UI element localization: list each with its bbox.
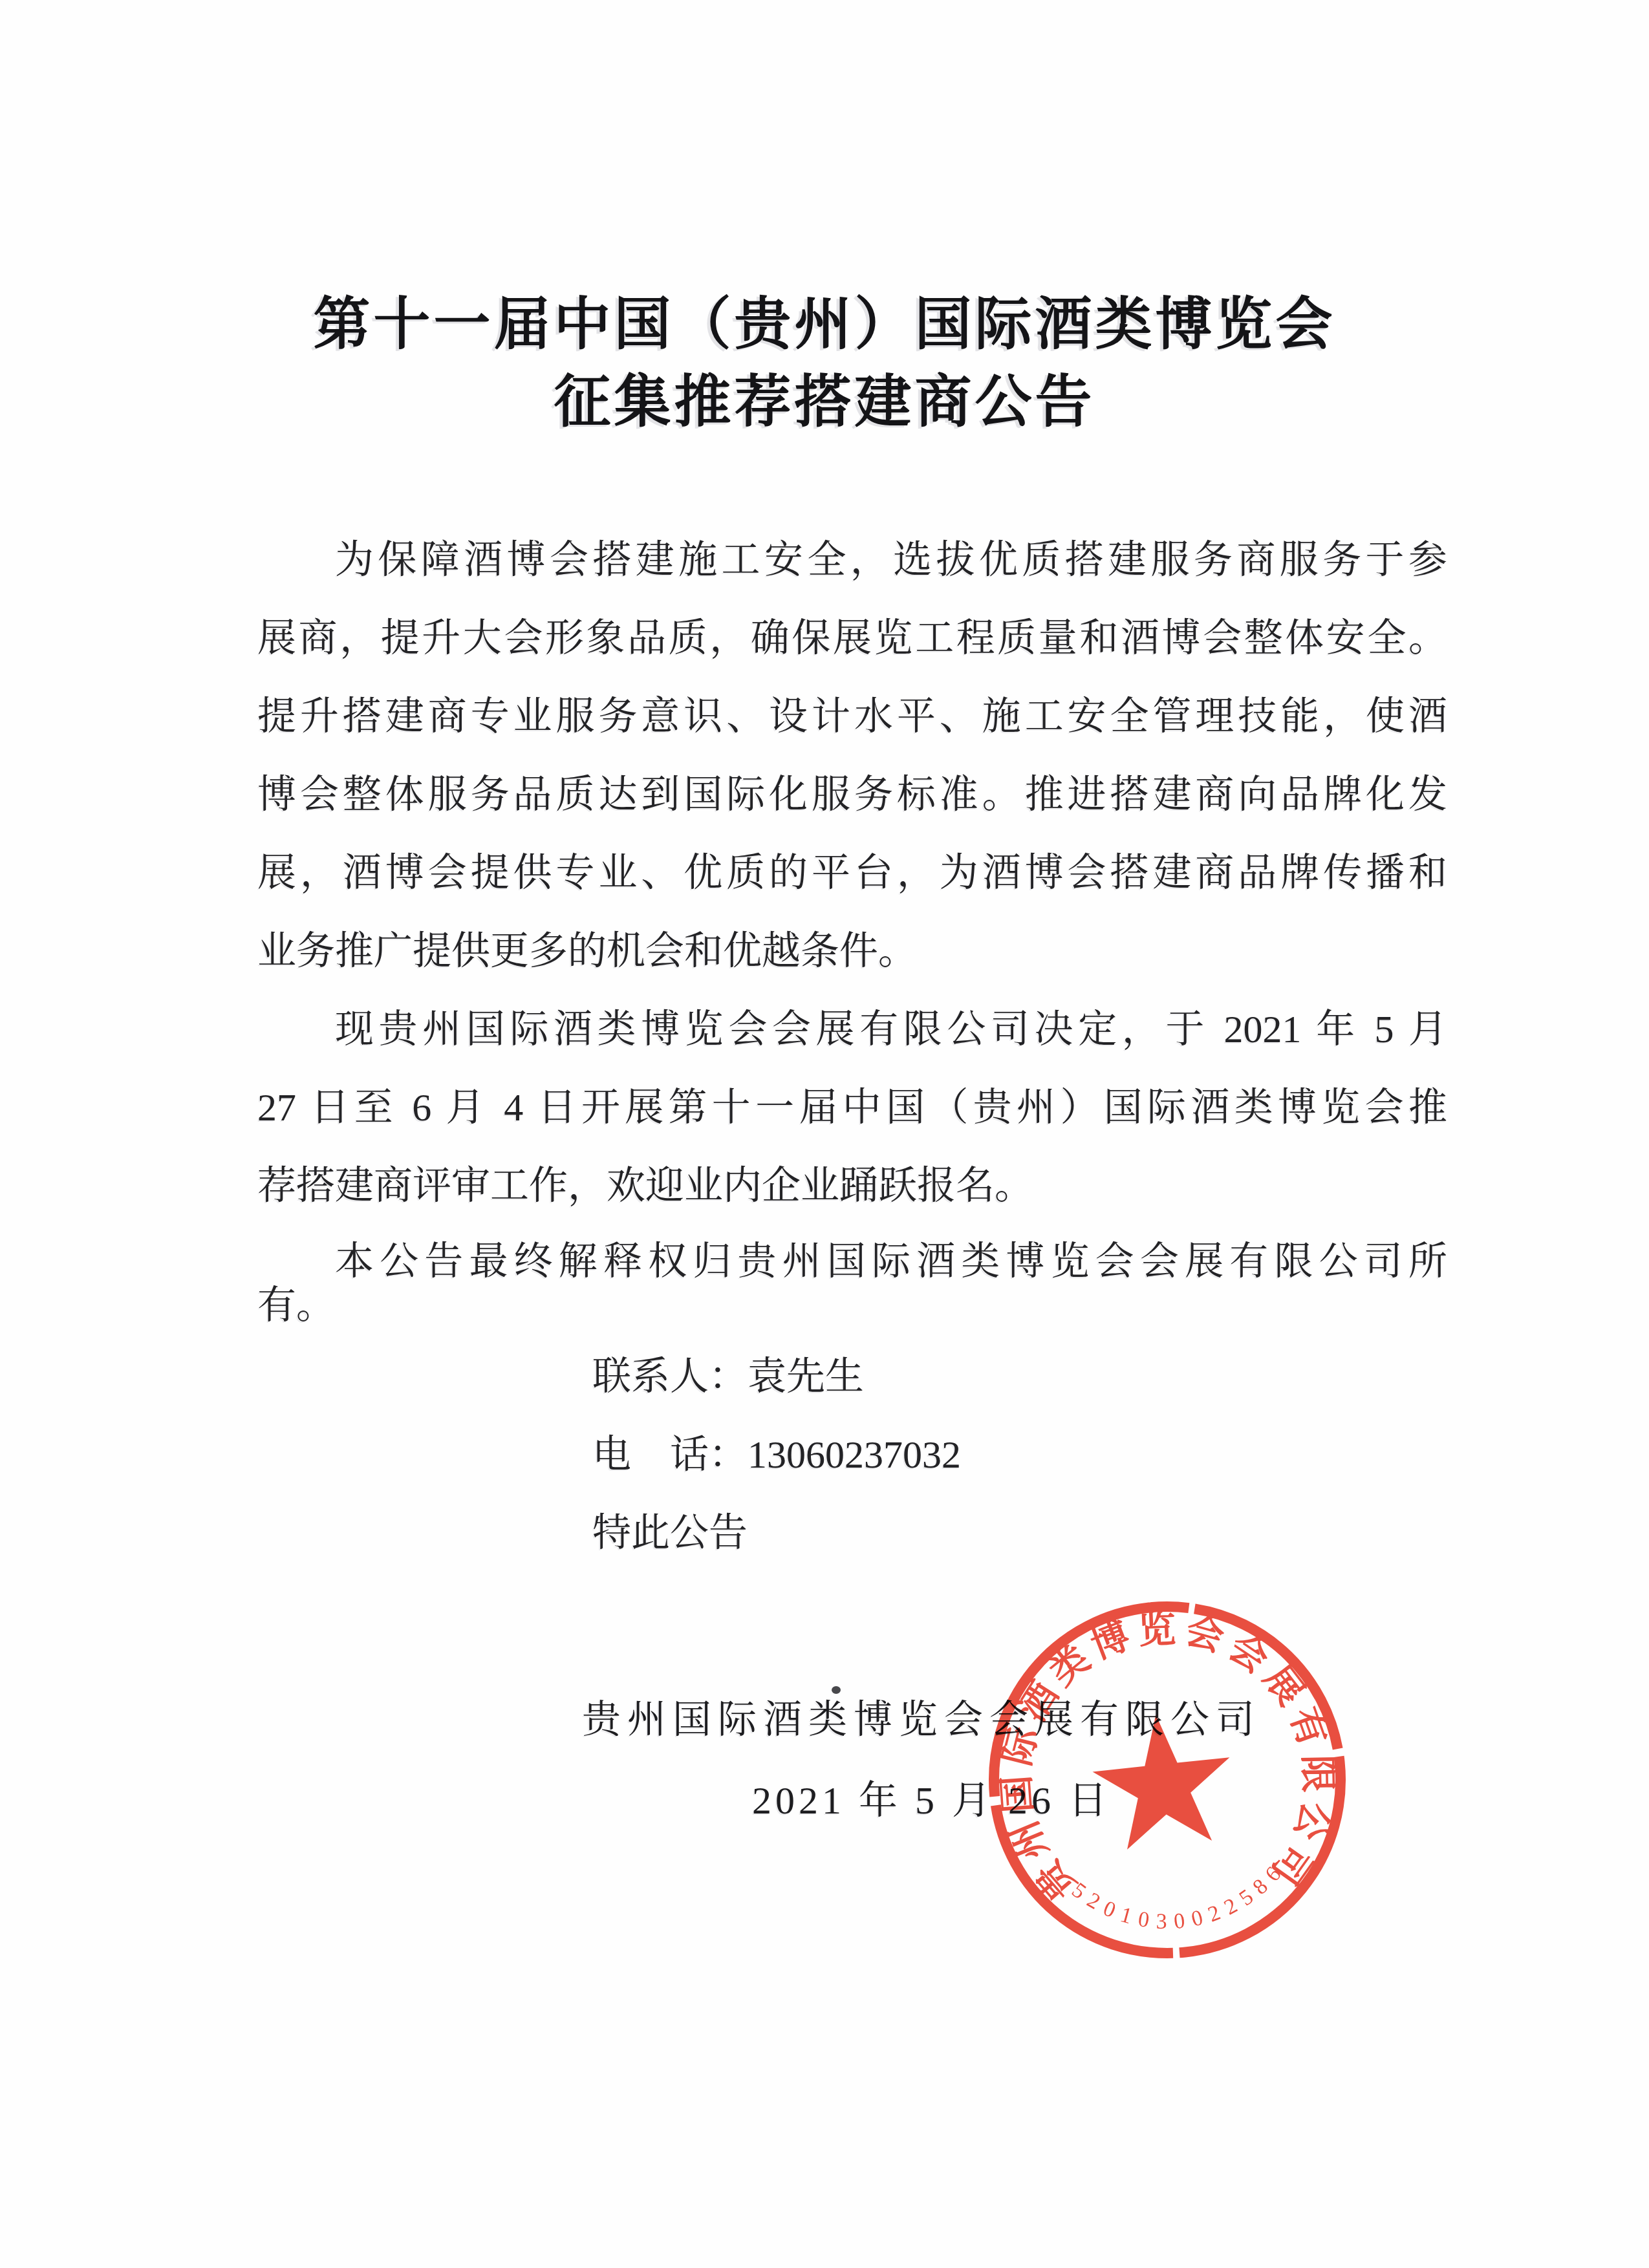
body-line: 为保障酒博会搭建施工安全，选拔优质搭建服务商服务于参 xyxy=(257,521,1447,599)
body-line: 博会整体服务品质达到国际化服务标准。推进搭建商向品牌化发 xyxy=(257,756,1447,834)
body-line: 有。 xyxy=(257,1283,1447,1327)
title-line-1: 第十一届中国（贵州）国际酒类博览会 xyxy=(0,286,1649,364)
document-body: 为保障酒博会搭建施工安全，选拔优质搭建服务商服务于参展商，提升大会形象品质，确保… xyxy=(0,521,1649,1839)
contact-phone-line: 电 话：13060237032 xyxy=(592,1416,1447,1494)
body-line: 荐搭建商评审工作，欢迎业内企业踊跃报名。 xyxy=(257,1147,1447,1225)
contact-phone-value: 13060237032 xyxy=(748,1433,961,1476)
contact-person-value: 袁先生 xyxy=(748,1355,864,1398)
title-line-2: 征集推荐搭建商公告 xyxy=(0,364,1649,442)
paragraph: 为保障酒博会搭建施工安全，选拔优质搭建服务商服务于参展商，提升大会形象品质，确保… xyxy=(257,521,1447,990)
contact-person-line: 联系人：袁先生 xyxy=(592,1338,1447,1416)
paragraph: 现贵州国际酒类博览会会展有限公司决定，于 2021 年 5 月27 日至 6 月… xyxy=(257,990,1447,1225)
body-line: 业务推广提供更多的机会和优越条件。 xyxy=(257,912,1447,990)
paragraph: 本公告最终解释权归贵州国际酒类博览会会展有限公司所有。 xyxy=(257,1239,1447,1327)
contact-phone-label: 电 话： xyxy=(592,1433,748,1476)
body-line: 展商，提升大会形象品质，确保展览工程质量和酒博会整体安全。 xyxy=(257,599,1447,678)
body-line: 现贵州国际酒类博览会会展有限公司决定，于 2021 年 5 月 xyxy=(257,990,1447,1069)
contact-person-label: 联系人： xyxy=(592,1355,748,1398)
body-line: 提升搭建商专业服务意识、设计水平、施工安全管理技能，使酒 xyxy=(257,678,1447,756)
document-page: 第十一届中国（贵州）国际酒类博览会 征集推荐搭建商公告 为保障酒博会搭建施工安全… xyxy=(0,0,1649,2268)
body-line: 27 日至 6 月 4 日开展第十一届中国（贵州）国际酒类博览会推 xyxy=(257,1069,1447,1147)
official-seal: 贵州国际酒类博览会会展有限公司 5201030022586 xyxy=(967,1579,1368,1980)
body-line: 本公告最终解释权归贵州国际酒类博览会会展有限公司所 xyxy=(257,1239,1447,1283)
scan-speck xyxy=(832,1686,841,1694)
contact-block: 联系人：袁先生 电 话：13060237032 特此公告 xyxy=(257,1338,1447,1572)
document-title: 第十一届中国（贵州）国际酒类博览会 征集推荐搭建商公告 xyxy=(0,0,1649,442)
seal-star-icon xyxy=(1087,1707,1238,1852)
closing-line: 特此公告 xyxy=(592,1494,1447,1572)
body-line: 展，酒博会提供专业、优质的平台，为酒博会搭建商品牌传播和 xyxy=(257,834,1447,912)
body-paragraphs: 为保障酒博会搭建施工安全，选拔优质搭建服务商服务于参展商，提升大会形象品质，确保… xyxy=(257,521,1447,1327)
